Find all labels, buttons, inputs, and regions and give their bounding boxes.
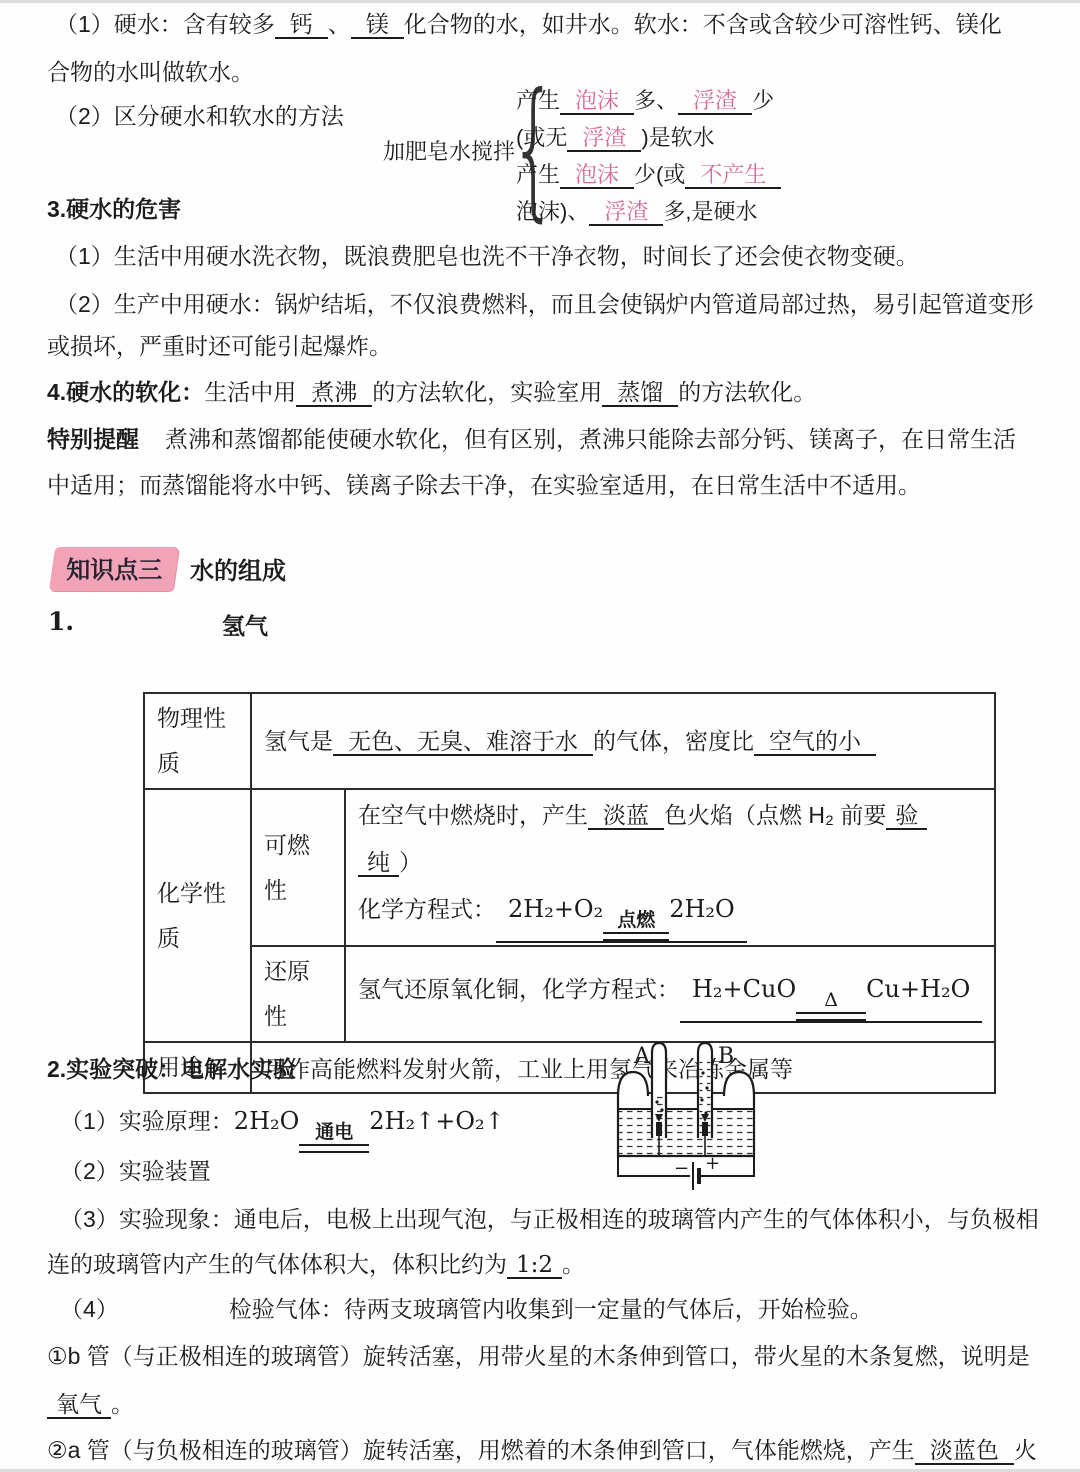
right-rim-arch [724,1072,754,1096]
harm-item2-line1: （2）生产中用硬水：锅炉结垢，不仅浪费燃料，而且会使锅炉内管道局部过热，易引起管… [55,288,1034,320]
row-header-flammability: 可燃性 [251,789,345,946]
answer-blank: 泡沫 [560,88,634,115]
soap-test-label: 加肥皂水搅拌 [383,136,515,168]
answer-blank: 煮沸 [296,379,372,407]
answer-blank: 淡蓝色 [915,1437,1014,1465]
item1-title: 氢气 [222,610,268,642]
flammability-cell: 在空气中燃烧时，产生淡蓝色火焰（点燃 H₂ 前要验 纯） 化学方程式：2H₂+O… [345,789,995,946]
answer-blank: 空气的小 [754,728,876,756]
soap-test-line3: 产生泡沫少(或不产生 [516,158,781,189]
left-rim-arch [618,1072,648,1096]
reminder-line1: 特别提醒煮沸和蒸馏都能使硬水软化，但有区别，煮沸只能除去部分钙、镁离子，在日常生… [47,423,1016,455]
tube-b-label: B [718,1044,734,1069]
physical-property-cell: 氢气是无色、无臭、难溶于水的气体，密度比空气的小 [251,693,995,789]
experiment-principle: （1）实验原理：2H₂O通电2H₂↑+O₂↑ [60,1105,505,1153]
row-header-physical: 物理性质 [144,693,251,789]
soap-test-line4: 泡沫)、浮渣多,是硬水 [516,195,757,226]
section4-softening: 4.硬水的软化：生活中用煮沸的方法软化，实验室用蒸馏的方法软化。 [47,376,816,408]
item1-number: 1. [48,606,74,638]
hydrogen-properties-table: 物理性质 氢气是无色、无臭、难溶于水的气体，密度比空气的小 化学性质 可燃性 在… [143,692,996,1094]
check-item1-line2: 氧气。 [47,1388,134,1420]
answer-blank: 钙 [275,11,328,39]
harm-item2-line2: 或损坏，严重时还可能引起爆炸。 [47,330,392,362]
soap-test-line1: 产生泡沫多、浮渣少 [516,84,774,115]
experiment-phenomena-line2: 连的玻璃管内产生的气体体积大，体积比约为1:2。 [47,1248,585,1281]
electrode-a [656,1122,662,1136]
row-header-reducibility: 还原性 [251,946,345,1042]
reducibility-cell: 氢气还原氧化铜，化学方程式：H₂+CuOΔCu+H₂O [345,946,995,1042]
answer-blank: 纯 [358,849,399,877]
battery-plus-label: + [705,1153,720,1174]
check-item2-line1: ②a 管（与负极相连的玻璃管）旋转活塞，用燃着的木条伸到管口，气体能燃烧，产生淡… [47,1434,1037,1466]
answer-blank: 不产生 [685,162,781,189]
electrode-b [702,1122,708,1136]
answer-blank: 浮渣 [589,199,663,226]
answer-blank: 淡蓝 [588,802,664,830]
reminder-line2: 中适用；而蒸馏能将水中钙、镁离子除去干净，在实验室适用，在日常生活中不适用。 [47,469,921,501]
answer-blank: 镁 [351,11,404,39]
battery-minus-label: − [674,1158,689,1179]
hard-water-def-line1: （1）硬水：含有较多钙、镁化合物的水，如井水。软水：不含或含较少可溶性钙、镁化 [55,8,1002,40]
tank-water [619,1109,753,1155]
distinguish-method-label: （2）区分硬水和软水的方法 [55,100,344,132]
answer-blank: 泡沫 [560,162,634,189]
check-item1-line1: ①b 管（与正极相连的玻璃管）旋转活塞，用带火星的木条伸到管口，带火星的木条复燃… [47,1340,1030,1372]
hard-water-def-line2: 合物的水叫做软水。 [47,56,254,88]
answer-blank: 无色、无臭、难溶于水 [333,728,593,756]
answer-blank: 验 [886,802,927,830]
gas-check-line: （4）检验气体：待两支玻璃管内收集到一定量的气体后，开始检验。 [60,1293,873,1325]
harm-item1: （1）生活中用硬水洗衣物，既浪费肥皂也洗不干净衣物，时间长了还会使衣物变硬。 [55,240,919,272]
answer-blank: 蒸馏 [602,379,678,407]
answer-blank: 浮渣 [678,88,752,115]
answer-blank: 1:2 [507,1251,562,1279]
reduction-equation: H₂+CuOΔCu+H₂O [680,966,982,1023]
combustion-equation: 2H₂+O₂点燃2H₂O [496,886,747,943]
tube-a-label: A [633,1044,651,1069]
experiment-device-label: （2）实验装置 [60,1155,211,1187]
row-header-chemical: 化学性质 [144,789,251,1042]
electrify-over-equals: 通电 [299,1123,369,1153]
answer-blank: 浮渣 [567,125,641,152]
section3-title: 3.硬水的危害 [47,193,181,225]
soap-test-line2: (或无浮渣)是软水 [516,121,715,152]
answer-blank: 氧气 [47,1391,111,1419]
knowledge-point-badge: 知识点三 [49,547,179,591]
scan-edge-top [0,0,1080,3]
electrolysis-apparatus-diagram: − + A B [606,1038,798,1190]
experiment-phenomena-line1: （3）实验现象：通电后，电极上出现气泡，与正极相连的玻璃管内产生的气体体积小，与… [60,1203,1039,1235]
experiment-title: 2.实验突破：电解水实验 [47,1053,296,1085]
document-page: （1）硬水：含有较多钙、镁化合物的水，如井水。软水：不含或含较少可溶性钙、镁化 … [0,0,1080,1472]
kp3-title: 水的组成 [190,556,286,588]
